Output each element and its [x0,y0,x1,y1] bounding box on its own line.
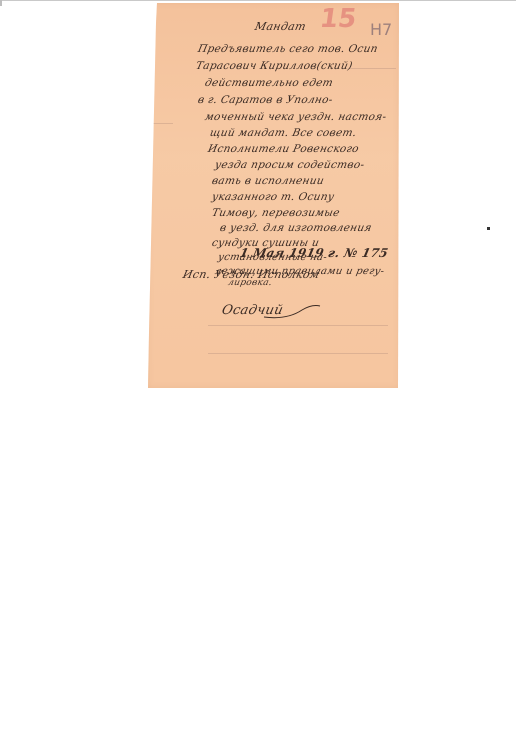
executor-line: Исп. Уездн. Исполком [182,268,321,281]
body-line: в уезд. для изготовления [219,222,373,234]
document-heading: Мандат [254,20,308,33]
scan-speck [487,227,490,230]
ruled-line [153,123,173,124]
body-line: Тарасович Кириллов(ский) [195,60,354,72]
body-line: моченный чека уездн. настоя- [204,111,388,123]
body-line: в г. Саратов в Уполно- [197,94,334,106]
body-line: действительно едет [204,77,334,89]
ruled-line [208,353,388,354]
archive-number-stamp: 15 [318,4,358,34]
body-line: уезда просим содейство- [214,159,366,171]
body-line: вать в исполнении [211,175,325,187]
scan-top-border [0,0,516,1]
ruled-line [208,325,388,326]
body-line: Предъявитель сего тов. Осип [197,43,379,55]
body-line: щий мандат. Все совет. [209,127,358,139]
date-and-number: 1 Мая 1919 г. № 175 [239,246,390,260]
body-line: Исполнители Ровенского [207,143,360,155]
archive-folio-mark: Н7 [370,20,392,39]
body-line: указанного т. Осипу [211,191,336,203]
signature-flourish [262,302,322,322]
ruled-line [348,68,396,69]
body-line: Тимову, перевозимые [211,207,341,219]
scan-corner-mark [0,0,2,6]
